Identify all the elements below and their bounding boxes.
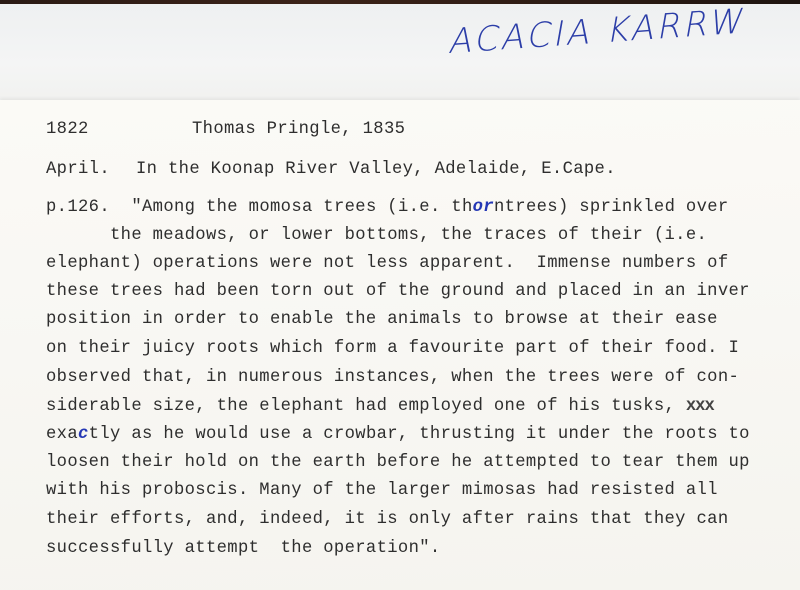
correction-mark: c bbox=[78, 425, 89, 444]
quote-line-12: their efforts, and, indeed, it is only a… bbox=[46, 510, 729, 530]
location-place: In the Koonap River Valley, Adelaide, E.… bbox=[136, 160, 616, 180]
quote-line-3: elephant) operations were not less appar… bbox=[46, 254, 729, 274]
quote-line-13: successfully attempt the operation". bbox=[46, 539, 441, 559]
header-author: Thomas Pringle, 1835 bbox=[192, 120, 405, 140]
quote-line-2: the meadows, or lower bottoms, the trace… bbox=[46, 226, 707, 246]
location-month: April. bbox=[46, 160, 110, 180]
quote-line-7: observed that, in numerous instances, wh… bbox=[46, 368, 739, 388]
correction-mark: o bbox=[259, 198, 270, 217]
quote-line-11: with his proboscis. Many of the larger m… bbox=[46, 481, 718, 501]
quote-line-5: position in order to enable the animals … bbox=[46, 310, 718, 330]
quote-line-6: on their juicy roots which form a favour… bbox=[46, 339, 739, 359]
header-year: 1822 bbox=[46, 120, 89, 140]
quote-line-10: loosen their hold on the earth before he… bbox=[46, 453, 750, 473]
quote-line-4: these trees had been torn out of the gro… bbox=[46, 282, 750, 302]
typed-text: 1822 Thomas Pringle, 1835 April. In the … bbox=[0, 0, 21, 420]
check-mark: or bbox=[473, 198, 494, 217]
quote-line-9: exactly as he would use a crowbar, thrus… bbox=[46, 425, 750, 445]
quote-line-1: p.126. "Among the momosa trees (i.e. tho… bbox=[46, 198, 729, 218]
quote-line-8: siderable size, the elephant had employe… bbox=[46, 397, 714, 417]
page-ref: p.126. bbox=[46, 198, 131, 217]
overstruck-text: xxx bbox=[686, 397, 714, 416]
